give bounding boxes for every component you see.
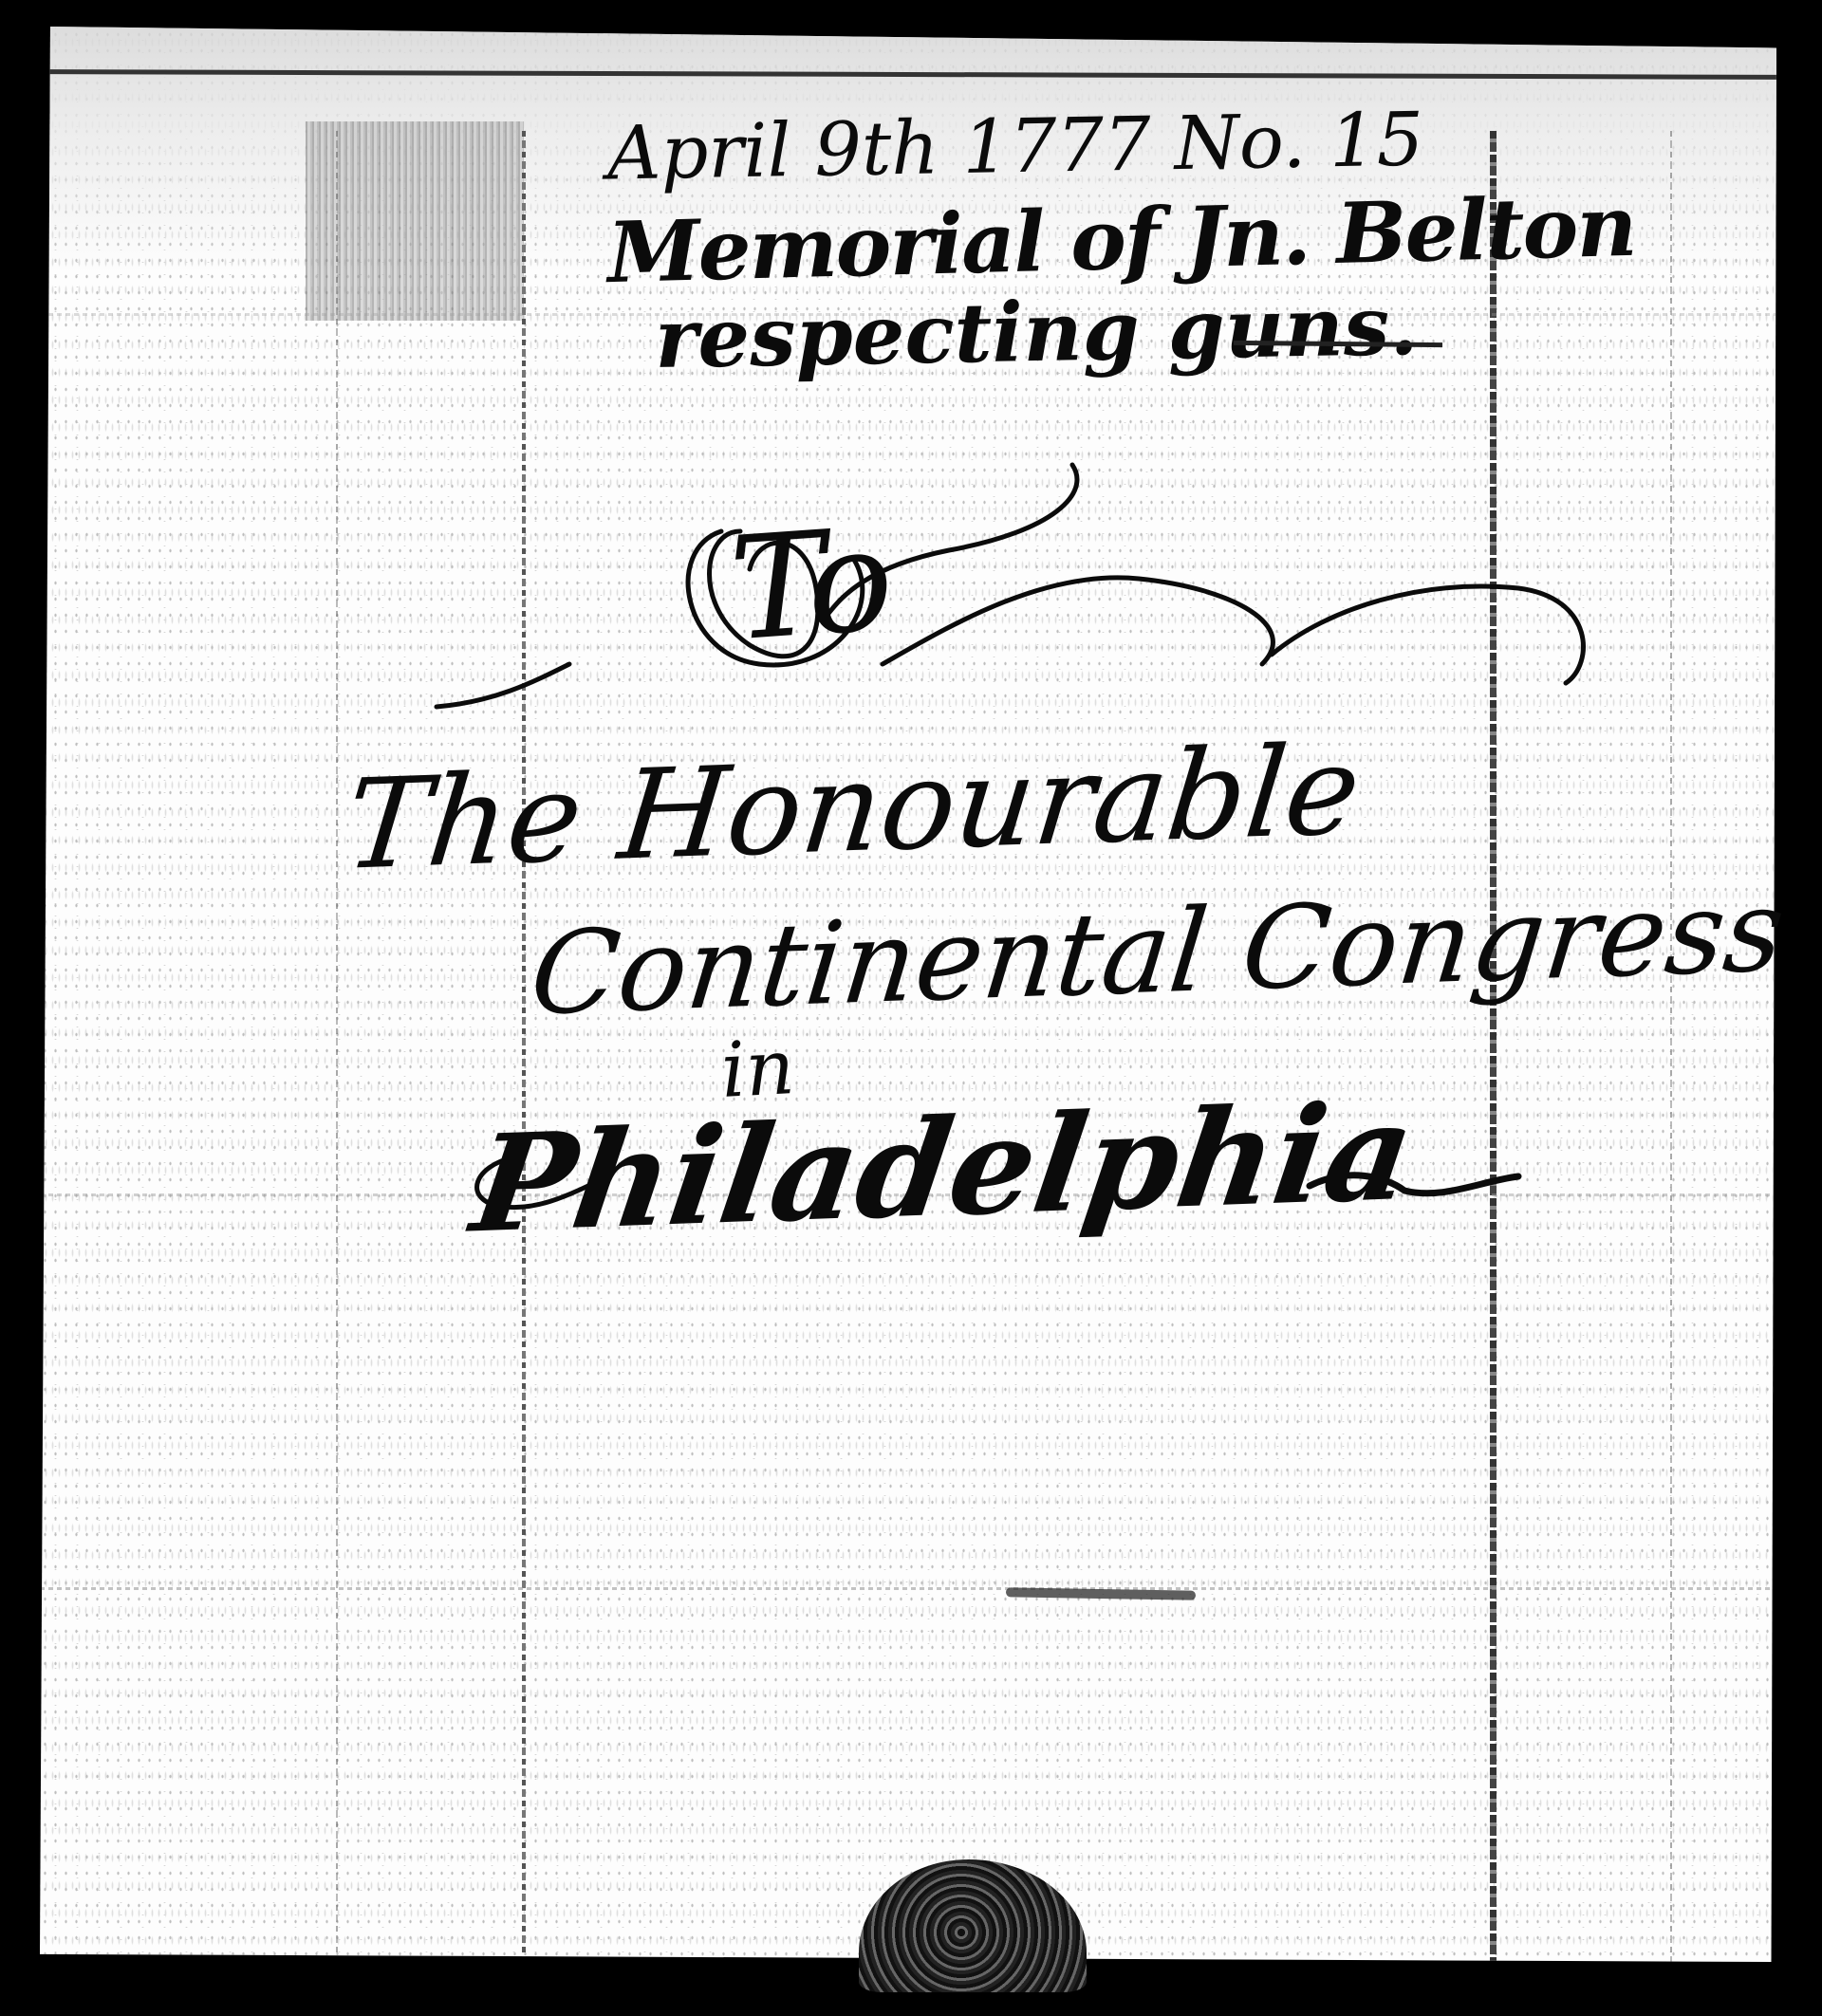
fold-line bbox=[1490, 131, 1497, 1962]
fold-line bbox=[522, 131, 526, 1962]
fold-line bbox=[336, 131, 338, 1962]
fold-line bbox=[1670, 131, 1672, 1962]
left-dark-patch bbox=[306, 121, 524, 321]
docket-date-line: April 9th 1777 No. 15 bbox=[606, 98, 1424, 197]
fold-line bbox=[40, 1587, 1776, 1590]
address-salutation: To bbox=[725, 498, 890, 674]
docket-subject-line: respecting guns. bbox=[654, 278, 1419, 387]
